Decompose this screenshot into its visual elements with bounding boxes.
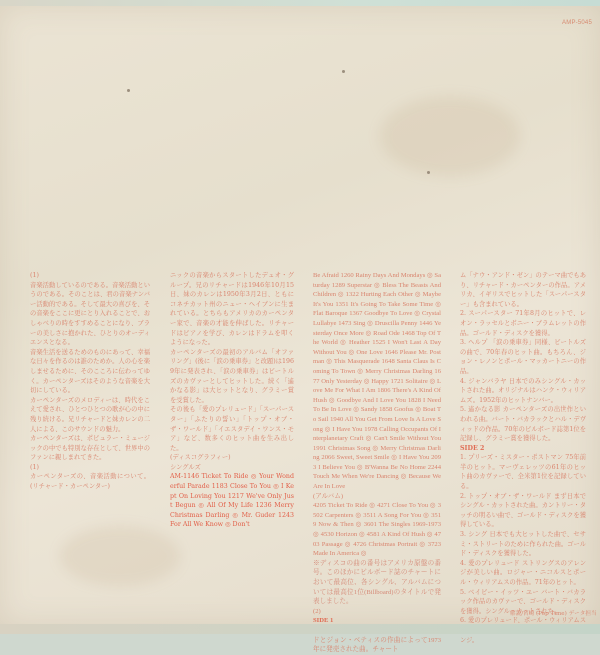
catalog-number: AMP-5045 — [562, 20, 592, 26]
singles-discography: AM-1146 Ticket To Ride ◎ Your Wonderful … — [170, 472, 294, 530]
track-description: ム「ナウ・アンド・ゼン」のテーマ曲でもあり、リチャード・カーペンターの作品。アメ… — [460, 271, 586, 309]
track-description: 2. トップ・オブ・ザ・ワールド まず日本でシングル・カットされた曲。カントリー… — [460, 492, 586, 530]
paragraph: その後も「愛のプレリュード」「スーパースター」「ふたりの誓い」「トップ・オブ・ザ… — [170, 405, 294, 453]
section-marker: (ディスコグラフィー) — [170, 453, 294, 463]
track-description: 4. 愛のプレリュード ストリングスのアレンジが美しい曲。ロジャー・ニコルスとポ… — [460, 559, 586, 588]
track-description: 2. スーパースター 71年8月のヒットで、レオン・ラッセルとボニー・ブラムレッ… — [460, 309, 586, 338]
albums-label: (アルバム) — [313, 492, 441, 502]
paragraph: カーペンターズの最初のアルバム「オファリング」(後に「涙の乗車券」と改題)は19… — [170, 348, 294, 406]
section-marker: (1) — [30, 271, 150, 281]
paragraph: ニックの音楽からスタートしたデュオ・グループ。兄のリチャードは1946年10月1… — [170, 271, 294, 348]
track-description: 5. 遙かなる影 カーペンターズの出世作といわれる曲。バート・バカラックとハル・… — [460, 405, 586, 443]
section-marker: (1) — [30, 463, 150, 473]
paragraph: カーペンターズは、ポピュラー・ミュージックの中でも特別な存在として、世界中のファ… — [30, 434, 150, 463]
paragraph: 音楽生活を送るためのものにあって、幸福な日々を作るのは誰のためか。人の心を楽しま… — [30, 348, 150, 396]
paper-speck — [427, 171, 430, 174]
footnote: ※ディスコの曲の番号はアメリカ原盤の番号。このほかにビルボード誌のチャートにおい… — [313, 559, 441, 607]
section-marker: (2) — [313, 607, 441, 617]
track-description: 3. ヘルプ 「涙の乗車券」同様、ビートルズの曲で、70年春のヒット曲。もちろん… — [460, 338, 586, 376]
track-description: 1. プリーズ・ミスター・ポストマン 75年前半のヒット。マーヴェレッツの61年… — [460, 453, 586, 491]
singles-list: Be Afraid 1260 Rainy Days And Mondays ◎ … — [313, 271, 441, 492]
writer-credit: 解説/宮崎 (Pop Time) データ担当 — [510, 609, 597, 617]
liner-notes-column-3: Be Afraid 1260 Rainy Days And Mondays ◎ … — [313, 271, 441, 634]
discography-label: シングルズ — [170, 463, 294, 473]
side-2-label: SIDE 2 — [460, 444, 586, 454]
track-description: 3. シング 日本でも大ヒットした曲で、セサミ・ストリートのために作られた曲。ゴ… — [460, 530, 586, 559]
liner-notes-column-2: ニックの音楽からスタートしたデュオ・グループ。兄のリチャードは1946年10月1… — [170, 271, 294, 530]
paper-stain — [380, 96, 520, 176]
paragraph: カーペンターズの、音楽活動について。(リチャード・カーペンター) — [30, 472, 150, 491]
albums-list: 4205 Ticket To Ride ◎ 4271 Close To You … — [313, 501, 441, 559]
paper-stain — [60, 526, 180, 586]
record-sleeve-page: AMP-5045 (1) 音楽活動しているのである。音楽活動というのである。その… — [0, 6, 600, 626]
liner-notes-column-1: (1) 音楽活動しているのである。音楽活動というのである。そのことは、君の音楽ナ… — [30, 271, 150, 492]
track-description: 4. ジャンバラヤ 日本でのみシングル・カットされた曲。オリジナルはハンク・ウィ… — [460, 377, 586, 406]
paper-speck — [127, 89, 130, 92]
paragraph: 音楽活動しているのである。音楽活動というのである。そのことは、君の音楽ナンバー活… — [30, 281, 150, 348]
paper-speck — [342, 70, 345, 73]
paragraph: カーペンターズのメロディーは、時代をこえて愛され、ひとつひとつの歌が心の中に残り… — [30, 396, 150, 434]
liner-notes-column-4: ム「ナウ・アンド・ゼン」のテーマ曲でもあり、リチャード・カーペンターの作品。アメ… — [460, 271, 586, 634]
sleeve-bottom-edge — [0, 624, 600, 634]
